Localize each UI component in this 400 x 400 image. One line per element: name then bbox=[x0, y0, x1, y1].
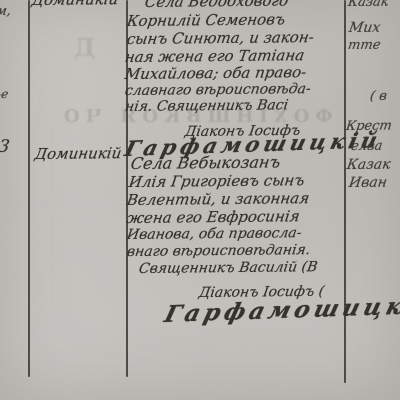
right-column-fragment: ( в bbox=[369, 90, 388, 103]
handwriting-line: нія. Священникъ Васі bbox=[124, 98, 289, 114]
right-column-fragment: Иван bbox=[348, 176, 388, 190]
handwriting-line: жена его Евфросинія bbox=[126, 209, 301, 226]
right-column-fragment: Казак bbox=[347, 0, 389, 9]
margin-fragment: м, bbox=[0, 5, 12, 18]
right-column-fragment: елва bbox=[350, 140, 383, 153]
handwriting-line: Села Ведобхового bbox=[144, 0, 290, 10]
handwriting-line: Корнилій Семеновъ bbox=[126, 12, 286, 29]
handwriting-line: Илія Григоріевъ сынъ bbox=[128, 173, 306, 190]
right-column-fragment: тте bbox=[347, 39, 381, 52]
column-rule-left bbox=[28, 0, 30, 377]
handwriting-line: Иванова, оба правосла- bbox=[126, 226, 303, 242]
handwriting-line: Священникъ Василій (В bbox=[138, 260, 318, 276]
handwriting-line: внаго вѣроисповѣданія. bbox=[126, 243, 311, 259]
bleedthrough-mark: Д bbox=[74, 36, 95, 60]
right-column-fragment: Крест bbox=[345, 120, 393, 133]
name-column-entry-1: Доминикій bbox=[31, 0, 120, 8]
handwriting-line: славнаго вѣроисповѣда- bbox=[124, 82, 312, 98]
right-column-fragment: Казак bbox=[346, 158, 392, 172]
edge-mark: -е bbox=[0, 88, 9, 100]
handwriting-line: Михайлова; оба право- bbox=[124, 65, 308, 82]
column-rule-right bbox=[344, 0, 346, 383]
name-column-entry-2: Доминикій bbox=[34, 146, 123, 162]
handwriting-line: Села Вебыкозанъ bbox=[130, 154, 282, 172]
right-column-fragment: Мих bbox=[348, 21, 381, 35]
entry-number: 43 bbox=[0, 139, 11, 156]
handwriting-line: Велентый, и законная bbox=[126, 191, 311, 208]
register-scan-page: Д ФОХІНШВКОЯ ЧО м, -е 43 Доминикій Домин… bbox=[0, 0, 400, 400]
handwriting-line: сынъ Синюта, и закон- bbox=[126, 30, 315, 47]
